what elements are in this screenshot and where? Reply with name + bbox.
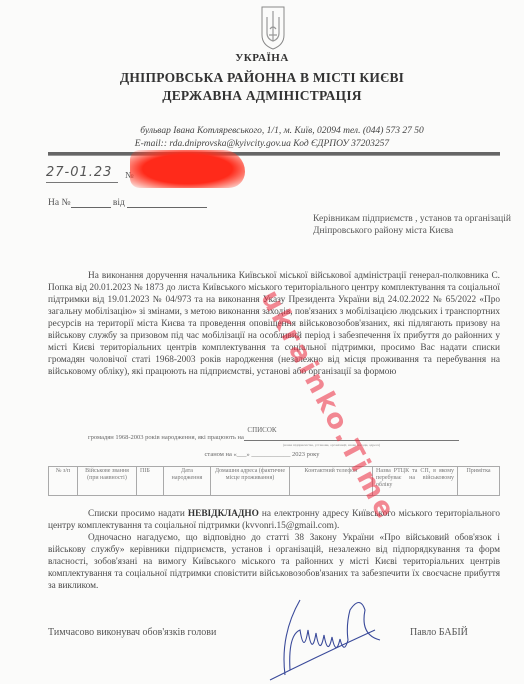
trident-coat-of-arms-icon	[260, 5, 286, 50]
column-header: Дата народження	[164, 467, 211, 496]
column-header: № з/п	[49, 467, 78, 496]
addressee-block: Керівникам підприємств , установ та орга…	[313, 213, 513, 237]
column-header: Контактний телефон	[290, 467, 373, 496]
column-header: ПІБ	[137, 467, 164, 496]
paragraph-deadline: Списки просимо надати НЕВІДКЛАДНО на еле…	[48, 508, 500, 532]
date-underline	[46, 182, 118, 183]
organization-name-line1: ДНІПРОВСЬКА РАЙОННА В МІСТІ КИЄВІ	[0, 70, 524, 86]
form-subtitle: громадян 1968-2003 років народження, які…	[88, 434, 459, 441]
form-as-of-date: станом на «___» ____________ 2023 року	[0, 451, 524, 458]
outgoing-date: 27-01.23	[46, 165, 112, 180]
form-title: СПИСОК	[0, 426, 524, 434]
paragraph-request: На виконання доручення начальника Київсь…	[48, 270, 500, 378]
list-form-table: № з/п Військове звання (при наявності) П…	[48, 466, 500, 496]
column-header: Домашня адреса (фактичне місце проживанн…	[211, 467, 290, 496]
reply-number-label: На №	[48, 198, 71, 208]
column-header: Військове звання (при наявності)	[78, 467, 137, 496]
letter-page: УКРАЇНА ДНІПРОВСЬКА РАЙОННА В МІСТІ КИЄВ…	[0, 0, 524, 684]
country-name: УКРАЇНА	[0, 52, 524, 64]
form-hint: (назва підприємства, установи, організац…	[283, 443, 483, 447]
organization-name-line2: ДЕРЖАВНА АДМІНІСТРАЦІЯ	[0, 88, 524, 104]
handwritten-signature-icon	[260, 595, 390, 684]
header-divider	[48, 152, 500, 156]
table-header-row: № з/п Військове звання (при наявності) П…	[49, 467, 500, 496]
organization-email-code: E-mail:: rda.dniprovska@kyivcity.gov.ua …	[0, 139, 524, 149]
signer-position: Тимчасово виконувач обов'язків голови	[48, 627, 216, 638]
reply-from-label: від	[113, 198, 125, 208]
redaction-mark	[130, 150, 245, 188]
organization-address: бульвар Івана Котляревського, 1/1, м. Ки…	[20, 126, 524, 136]
urgent-emphasis: НЕВІДКЛАДНО	[188, 509, 259, 519]
signer-name: Павло БАБІЙ	[410, 627, 468, 638]
column-header: Назва РТЦК та СП, в якому перебуває на в…	[373, 467, 458, 496]
reply-reference: На № від	[48, 197, 207, 208]
paragraph-legal-reminder: Одночасно нагадуємо, що відповідно до ст…	[48, 532, 500, 592]
column-header: Примітка	[458, 467, 500, 496]
